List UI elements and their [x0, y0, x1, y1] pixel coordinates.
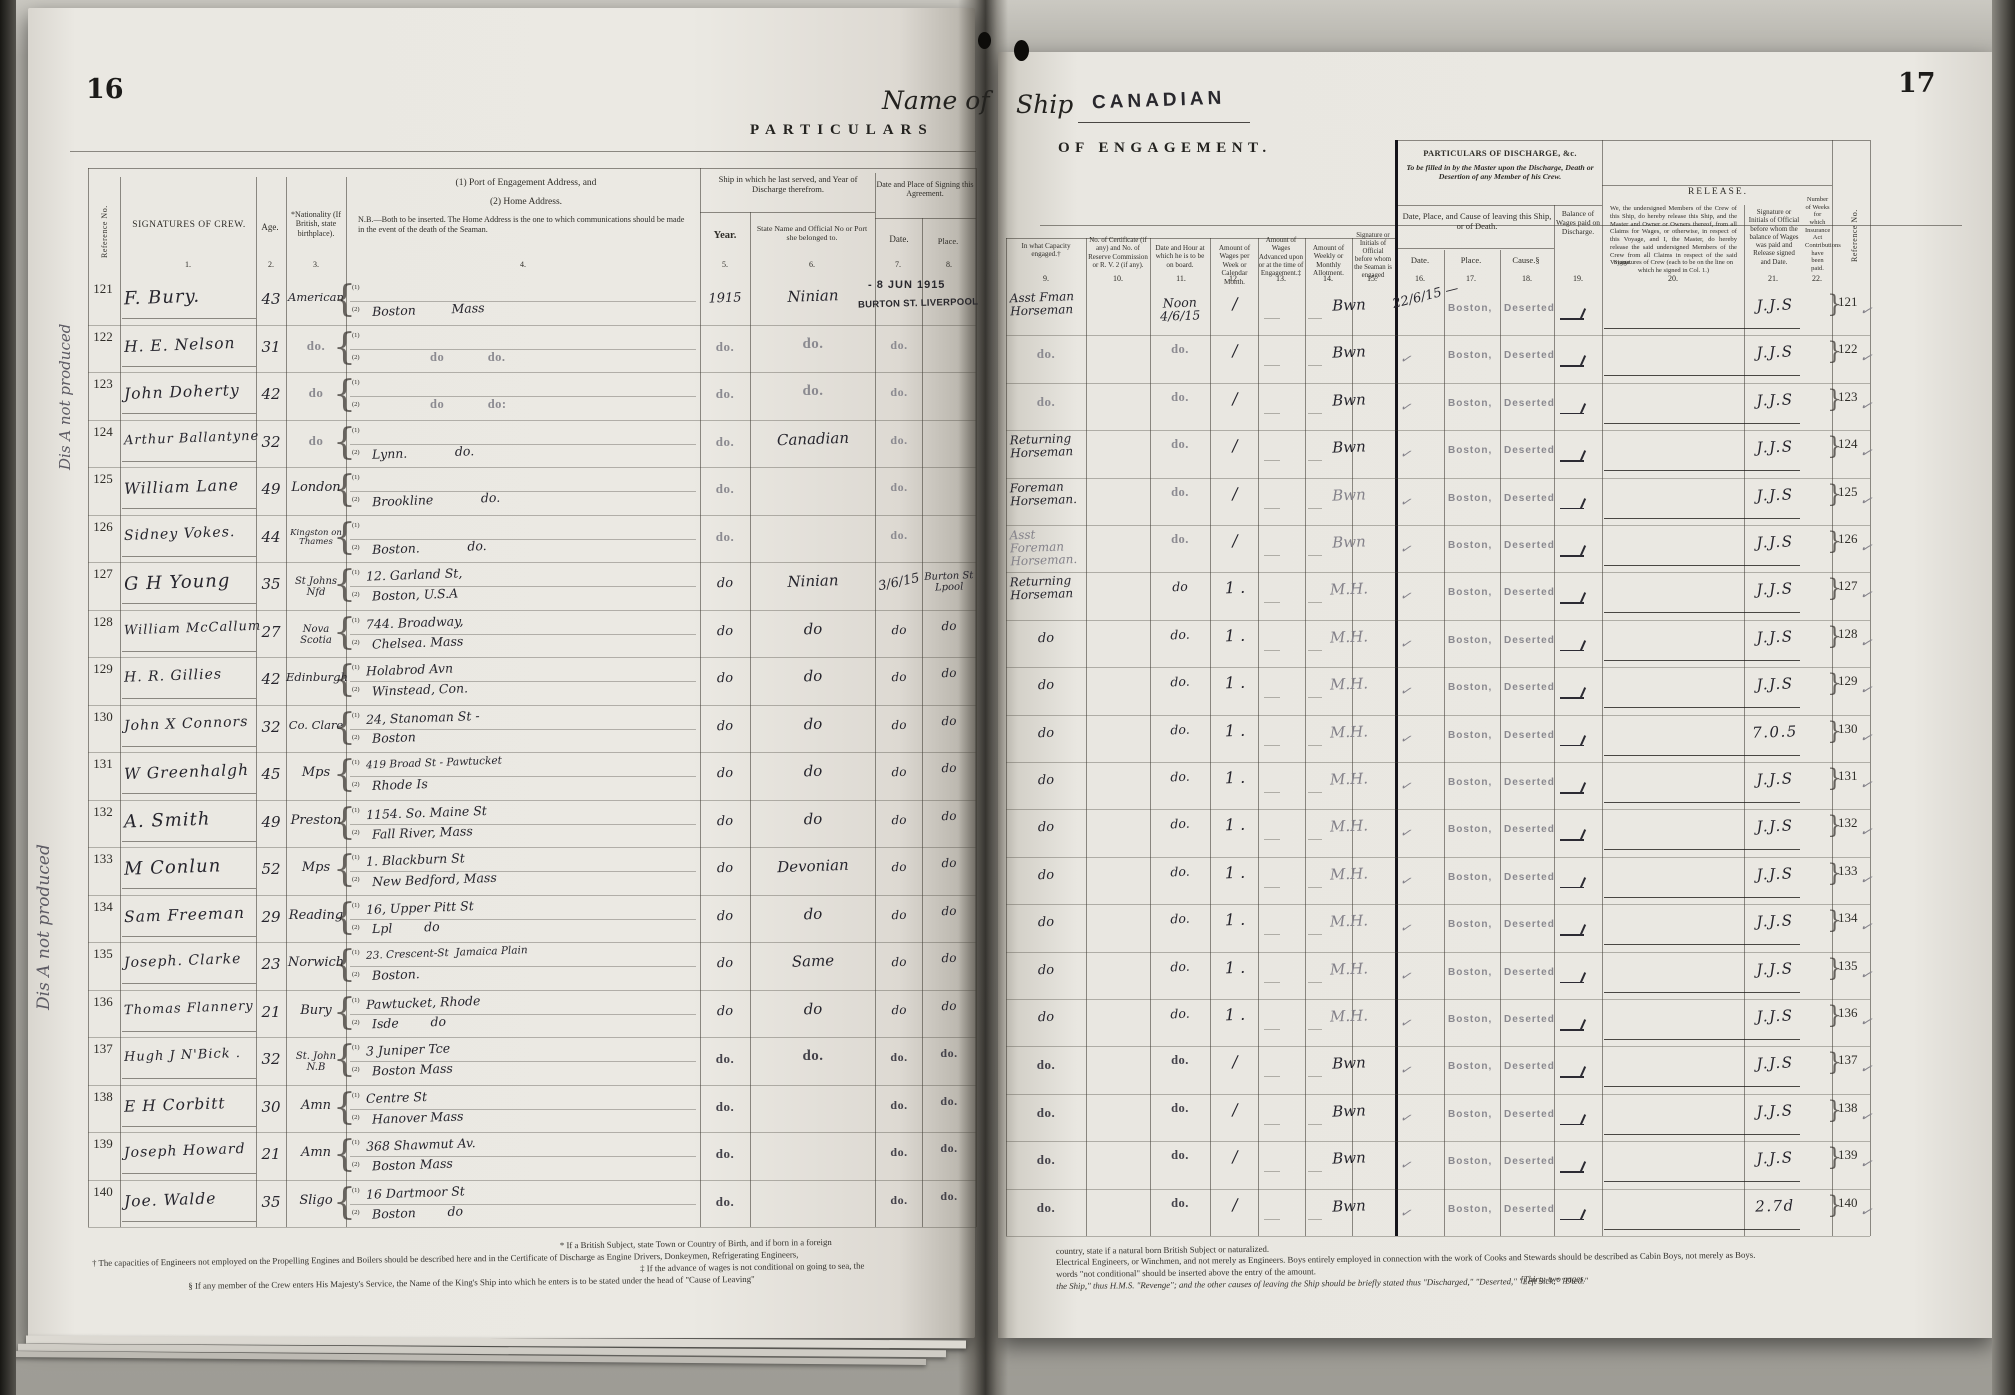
crew-age: 32 [256, 1052, 286, 1068]
grid-line [1308, 318, 1322, 319]
grid-line [1308, 1171, 1322, 1172]
page-number-left: 16 [86, 74, 124, 105]
grid-line [88, 372, 976, 373]
crew-address-line2: Boston Mass [372, 1157, 453, 1173]
grid-line [88, 942, 976, 943]
wages-amount: / [1212, 1054, 1259, 1072]
capacity: do [1008, 867, 1084, 883]
discharge-cause-stamp: Deserted [1504, 777, 1555, 788]
signing-date: do [876, 718, 922, 732]
engaging-official-initials: Bwn [1306, 1102, 1392, 1121]
discharge-place-stamp: Boston, [1448, 777, 1492, 788]
grid-line [1398, 140, 1870, 141]
grid-line [875, 173, 876, 1227]
capacity: do. [1008, 347, 1084, 361]
last-ship-year: do [700, 766, 750, 781]
engaging-official-initials: Bwn [1306, 1150, 1392, 1169]
discharge-date-tick: ✓ [1399, 921, 1412, 936]
signing-date: do. [876, 1051, 922, 1064]
grid-line [88, 325, 976, 326]
grid-line [1006, 335, 1870, 336]
col-number: 4. [508, 260, 538, 269]
col-dis-place-label: Place. [1444, 255, 1498, 265]
thirty-two-pages-note: [Thirty-two pages. [1520, 1273, 1586, 1284]
crew-signature: W Greenhalgh [124, 762, 250, 783]
grid-line [350, 634, 696, 635]
onboard-datetime: do. [1150, 674, 1210, 689]
last-ship-name: do. [752, 337, 874, 353]
discharge-cause-stamp: Deserted [1504, 1061, 1555, 1072]
discharge-place-stamp: Boston, [1448, 872, 1492, 883]
grid-line [1444, 250, 1445, 1236]
grid-line [1308, 982, 1322, 983]
crew-signature: John Doherty [124, 382, 240, 402]
grid-line [1604, 707, 1800, 708]
crew-age: 44 [256, 530, 286, 546]
grid-line [1604, 1086, 1800, 1087]
last-ship-year: do. [700, 1147, 750, 1161]
col-allotment-label: Amount of Weekly or Monthly Allotment. [1306, 244, 1351, 278]
grid-line [122, 1126, 256, 1127]
grid-line [350, 824, 696, 825]
grid-line [88, 168, 976, 169]
onboard-datetime: do. [1150, 486, 1210, 499]
grid-line [1264, 934, 1280, 935]
signing-date: do. [876, 481, 922, 494]
address-sub-label: (2) [352, 1114, 366, 1122]
last-ship-year: do. [700, 340, 750, 354]
crew-age: 43 [256, 292, 286, 308]
grid-line [1006, 238, 1007, 1236]
grid-line [1086, 238, 1087, 1236]
wages-amount: / [1212, 390, 1259, 408]
last-ship-year: do [700, 719, 750, 734]
grid-line [1604, 1039, 1800, 1040]
grid-line [1604, 992, 1800, 993]
discharge-place-stamp: Boston, [1448, 824, 1492, 835]
grid-line [122, 556, 256, 557]
onboard-datetime: do. [1150, 627, 1210, 642]
discharge-cause-head: Date, Place, and Cause of leaving this S… [1402, 211, 1552, 231]
address-sub-label: (1) [352, 1139, 366, 1147]
signing-date: do [876, 623, 922, 637]
col-onboard-label: Date and Hour at which he is to be on bo… [1152, 244, 1208, 269]
grid-line [1398, 205, 1602, 206]
grid-line [1308, 839, 1322, 840]
address-sub-label: (2) [352, 1066, 366, 1074]
crew-address-line1: 16 Dartmoor St [366, 1184, 465, 1201]
col-number: 18. [1512, 274, 1542, 283]
release-official-initials: J.J.S [1748, 581, 1803, 599]
grid-line [1604, 518, 1800, 519]
grid-line [1264, 1076, 1280, 1077]
release-official-initials: J.J.S [1748, 439, 1803, 457]
grid-line [256, 177, 257, 1227]
signing-place: do [922, 856, 976, 870]
capacity: do [1008, 725, 1084, 741]
wages-amount: / [1212, 1196, 1259, 1214]
grid-line [1264, 697, 1280, 698]
crew-age: 49 [256, 815, 286, 831]
crew-address-line1: 12. Garland St, [366, 566, 463, 582]
row-ref-number: 121 [88, 281, 118, 296]
grid-line [88, 515, 976, 516]
discharge-place-stamp: Boston, [1448, 398, 1492, 409]
discharge-date-tick: ✓ [1399, 1206, 1412, 1221]
address-sub-label: (2) [352, 401, 366, 409]
capacity: Returning Horseman [1010, 432, 1087, 461]
grid-line [88, 467, 976, 468]
row-ref-number: 140 [88, 1184, 118, 1199]
grid-line [1264, 1171, 1280, 1172]
release-official-initials: J.J.S [1748, 1103, 1803, 1121]
last-ship-name: do. [752, 1049, 874, 1065]
capacity: do [1008, 630, 1084, 646]
signing-date: do. [876, 1194, 922, 1207]
discharge-date-tick: ✓ [1399, 542, 1412, 557]
row-ref-number: 128 [88, 614, 118, 629]
wages-amount: 1 . [1212, 959, 1259, 977]
capacity: do. [1008, 395, 1084, 409]
col-capacity-label: In what Capacity engaged.† [1008, 242, 1084, 259]
discharge-place-stamp: Boston, [1448, 1014, 1492, 1025]
grid-line [88, 1085, 976, 1086]
grid-line [1308, 697, 1322, 698]
engaging-official-initials: M.H. [1306, 676, 1392, 695]
row-ref-number: 133 [88, 851, 118, 866]
grid-line [1308, 555, 1322, 556]
grid-line [122, 983, 256, 984]
grid-line [88, 562, 976, 563]
address-sub-label: (2) [352, 591, 366, 599]
signing-place: do. [922, 1047, 976, 1060]
crew-address-line1: Holabrod Avn [366, 661, 453, 677]
wages-amount: 1 . [1212, 817, 1259, 835]
release-official-initials: J.J.S [1748, 344, 1803, 362]
discharge-date-tick: ✓ [1399, 779, 1412, 794]
discharge-cause-stamp: Deserted [1504, 445, 1555, 456]
grid-line [88, 1132, 976, 1133]
discharge-cause-stamp: Deserted [1504, 1014, 1555, 1025]
col-number: 6. [797, 260, 827, 269]
grid-line [1604, 423, 1800, 424]
release-official-initials: J.J.S [1748, 961, 1803, 979]
onboard-datetime: do. [1150, 1006, 1210, 1021]
grid-line [1006, 1236, 1870, 1237]
release-official-initials: J.J.S [1748, 534, 1803, 552]
grid-line [1604, 565, 1800, 566]
discharge-cause-stamp: Deserted [1504, 635, 1555, 646]
wages-amount: / [1212, 1101, 1259, 1119]
grid-line [1604, 375, 1800, 376]
release-official-initials: J.J.S [1748, 866, 1803, 884]
capacity: do [1008, 962, 1084, 978]
release-official-initials: J.J.S [1748, 913, 1803, 931]
grid-line [1744, 205, 1745, 1236]
release-official-initials: J.J.S [1748, 676, 1803, 694]
crew-address-line1: 1154. So. Maine St [366, 803, 487, 820]
address-sub-label: (1) [352, 902, 366, 910]
discharge-cause-stamp: Deserted [1504, 1109, 1555, 1120]
col-insurance-weeks-label: Number of Weeks for which Insurance Act … [1805, 196, 1830, 273]
crew-address-line2: Boston do [372, 1204, 463, 1220]
discharge-cause-stamp: Deserted [1504, 919, 1555, 930]
crew-age: 32 [256, 720, 286, 736]
row-ref-number: 138 [88, 1089, 118, 1104]
crew-address-line2: do do: [430, 398, 507, 411]
row-ref-number: 132 [88, 804, 118, 819]
discharge-cause-stamp: Deserted [1504, 350, 1555, 361]
grid-line [1604, 944, 1800, 945]
grid-line [1308, 745, 1322, 746]
last-ship-year: do [700, 671, 750, 686]
col-certificate-label: No. of Certificate (if any) and No. of R… [1088, 236, 1148, 269]
address-sub-label: (2) [352, 1209, 366, 1217]
engaging-official-initials: Bwn [1306, 391, 1392, 410]
grid-line [875, 218, 976, 219]
onboard-datetime: do. [1150, 959, 1210, 974]
grid-line [1308, 365, 1322, 366]
release-official-initials: J.J.S [1748, 1150, 1803, 1168]
grid-line [350, 349, 696, 350]
discharge-subtitle: To be filled in by the Master upon the D… [1400, 163, 1600, 181]
grid-line [1604, 612, 1800, 613]
grid-line [350, 539, 696, 540]
col-number: 7. [883, 260, 913, 269]
signing-date-stamp: - 8 JUN 1915 [868, 279, 945, 291]
crew-age: 30 [256, 1100, 286, 1116]
discharge-date-tick: ✓ [1399, 590, 1412, 605]
row-ref-number: 134 [88, 899, 118, 914]
engaging-official-initials: M.H. [1306, 960, 1392, 979]
grid-line [122, 1031, 256, 1032]
col-number: 17. [1456, 274, 1486, 283]
last-ship-year: do [700, 624, 750, 639]
grid-line [122, 698, 256, 699]
col-nationality-label: *Nationality (If British, state birthpla… [287, 210, 345, 238]
grid-line [88, 1227, 976, 1228]
crew-address-line2: Boston Mass [372, 301, 485, 318]
col-address-label-1: (1) Port of Engagement Address, and [366, 178, 686, 189]
signing-date: do [876, 765, 922, 779]
grid-line [122, 746, 256, 747]
ship-name-stamp: CANADIAN [1092, 88, 1226, 115]
grid-line [1006, 620, 1870, 621]
last-ship-year: do. [700, 530, 750, 544]
grid-line [88, 1037, 976, 1038]
discharge-place-stamp: Boston, [1448, 493, 1492, 504]
discharge-date-tick: ✓ [1399, 353, 1412, 368]
release-official-initials: J.J.S [1748, 297, 1803, 315]
onboard-datetime: do. [1150, 533, 1210, 546]
grid-line [1264, 1219, 1280, 1220]
crew-age: 27 [256, 625, 286, 641]
grid-line [1264, 460, 1280, 461]
grid-line [88, 420, 976, 421]
crew-address-line1: 744. Broadway, [366, 614, 464, 631]
grid-line [122, 936, 256, 937]
engaging-official-initials: Bwn [1306, 1197, 1392, 1216]
capacity: Returning Horseman [1010, 574, 1087, 603]
grid-line [88, 800, 976, 801]
address-sub-label: (1) [352, 854, 366, 862]
address-sub-label: (1) [352, 712, 366, 720]
crew-address-line1: Centre St [366, 1089, 427, 1104]
col-number: 3. [301, 260, 331, 269]
crew-address-line2: Boston, U.S.A [372, 587, 459, 603]
crew-signature: G H Young [124, 572, 231, 595]
release-official-initials: J.J.S [1748, 771, 1803, 789]
wages-amount: 1 . [1212, 580, 1259, 598]
grid-line [350, 396, 696, 397]
grid-line [1006, 857, 1870, 858]
crew-address-line2: Fall River, Mass [372, 824, 473, 841]
onboard-datetime: do. [1150, 722, 1210, 737]
address-sub-label: (2) [352, 354, 366, 362]
col-balance-label: Balance of Wages paid on Discharge. [1556, 210, 1600, 237]
last-ship-year: 1915 [700, 291, 750, 306]
grid-line [350, 1204, 696, 1205]
discharge-place-stamp: Boston, [1448, 445, 1492, 456]
discharge-date-tick: ✓ [1399, 827, 1412, 842]
grid-line [1006, 715, 1870, 716]
grid-line [1308, 1076, 1322, 1077]
grid-line [1264, 839, 1280, 840]
crew-address-line2: Chelsea. Mass [372, 634, 464, 650]
discharge-date-tick: ✓ [1399, 1111, 1412, 1126]
engaging-official-initials: Bwn [1306, 297, 1392, 316]
release-official-initials: 7.0.5 [1748, 724, 1803, 742]
capacity: Asst Fman Horseman [1010, 290, 1087, 319]
grid-line [350, 491, 696, 492]
discharge-cause-stamp: Deserted [1504, 730, 1555, 741]
row-ref-number: 129 [88, 661, 118, 676]
grid-line [1602, 140, 1603, 1236]
engaging-official-initials: Bwn [1306, 486, 1392, 505]
grid-line [88, 752, 976, 753]
last-ship-year: do. [700, 1195, 750, 1209]
address-sub-label: (1) [352, 807, 366, 815]
address-sub-label: (2) [352, 639, 366, 647]
onboard-datetime: do. [1150, 1102, 1210, 1115]
signing-place: do. [922, 1190, 976, 1203]
crew-address-line1: 24, Stanoman St - [366, 709, 480, 726]
discharge-cause-stamp: Deserted [1504, 1156, 1555, 1167]
col-dis-date-label: Date. [1398, 255, 1442, 265]
engaging-official-initials: M.H. [1306, 913, 1392, 932]
col-dis-cause-label: Cause.§ [1500, 255, 1552, 265]
signing-place: do [922, 951, 976, 965]
grid-line [350, 301, 696, 302]
grid-line [1006, 572, 1870, 573]
row-ref-number: 139 [88, 1136, 118, 1151]
discharge-place-stamp: Boston, [1448, 1204, 1492, 1215]
address-sub-label: (2) [352, 1019, 366, 1027]
col-advanced-label: Amount of Wages Advanced upon or at the … [1258, 236, 1304, 277]
signing-date: do. [876, 529, 922, 542]
capacity: do [1008, 773, 1084, 789]
grid-line [1006, 1046, 1870, 1047]
col-number: 13. [1266, 274, 1296, 283]
grid-line [1006, 238, 1395, 239]
address-sub-label: (2) [352, 306, 366, 314]
grid-line [88, 847, 976, 848]
address-sub-label: (1) [352, 1044, 366, 1052]
col-number: 8. [934, 260, 964, 269]
grid-line [1264, 982, 1280, 983]
discharge-cause-stamp: Deserted [1504, 824, 1555, 835]
address-sub-label: (2) [352, 1161, 366, 1169]
grid-line [1264, 555, 1280, 556]
grid-line [976, 168, 977, 1227]
address-sub-label: (1) [352, 1092, 366, 1100]
row-ref-number: 123 [88, 376, 118, 391]
crew-address-line2: Isde do [372, 1014, 446, 1030]
crew-address-line1: Pawtucket, Rhode [366, 994, 481, 1011]
row-ref-number: 130 [88, 709, 118, 724]
grid-line [1604, 328, 1800, 329]
grid-line [122, 1173, 256, 1174]
wages-amount: 1 . [1212, 911, 1259, 929]
col-address-label-2: (2) Home Address. [366, 197, 686, 208]
name-of-label: Name of [882, 86, 990, 115]
col-official-label: Signature or Initials of Official before… [1353, 232, 1393, 280]
grid-line [1604, 660, 1800, 661]
grid-line [88, 990, 976, 991]
wages-amount: / [1212, 1148, 1259, 1166]
row-ref-number: 125 [88, 471, 118, 486]
grid-line [1308, 413, 1322, 414]
discharge-cause-stamp: Deserted [1504, 872, 1555, 883]
crew-age: 52 [256, 862, 286, 878]
grid-line [88, 610, 976, 611]
col-number: 20. [1658, 274, 1688, 283]
address-sub-label: (2) [352, 876, 366, 884]
address-sub-label: (2) [352, 544, 366, 552]
wages-amount: 1 . [1212, 1006, 1259, 1024]
discharge-date-tick: ✓ [1399, 400, 1412, 415]
crew-age: 49 [256, 482, 286, 498]
discharge-place-stamp: Boston, [1448, 635, 1492, 646]
col-number: 15. [1357, 274, 1387, 283]
grid-line [88, 168, 89, 1227]
wages-amount: / [1212, 295, 1259, 313]
wages-amount: 1 . [1212, 769, 1259, 787]
grid-line [1264, 745, 1280, 746]
capacity: do [1008, 1010, 1084, 1026]
col-number: 2. [256, 260, 286, 269]
grid-line [1264, 365, 1280, 366]
col-date-label: Date. [876, 234, 922, 245]
capacity: Foreman Horseman. [1010, 479, 1087, 508]
engaging-official-initials: Bwn [1306, 439, 1392, 458]
col-ref-no-label-left: Reference No. [100, 205, 109, 258]
wages-amount: / [1212, 343, 1259, 361]
grid-line [1500, 250, 1501, 1236]
onboard-datetime: do. [1150, 391, 1210, 404]
grid-line [1308, 1219, 1322, 1220]
crew-address-line2: Lynn. do. [372, 444, 475, 461]
grid-line [1264, 887, 1280, 888]
address-sub-label: (1) [352, 997, 366, 1005]
grid-line [1308, 650, 1322, 651]
grid-line [122, 1221, 256, 1222]
col-number: 22. [1802, 274, 1832, 283]
grid-line [1602, 185, 1832, 186]
crew-signature: H. R. Gillies [124, 667, 223, 685]
row-ref-number: 137 [88, 1041, 118, 1056]
crew-address-line2: Hanover Mass [372, 1109, 464, 1125]
